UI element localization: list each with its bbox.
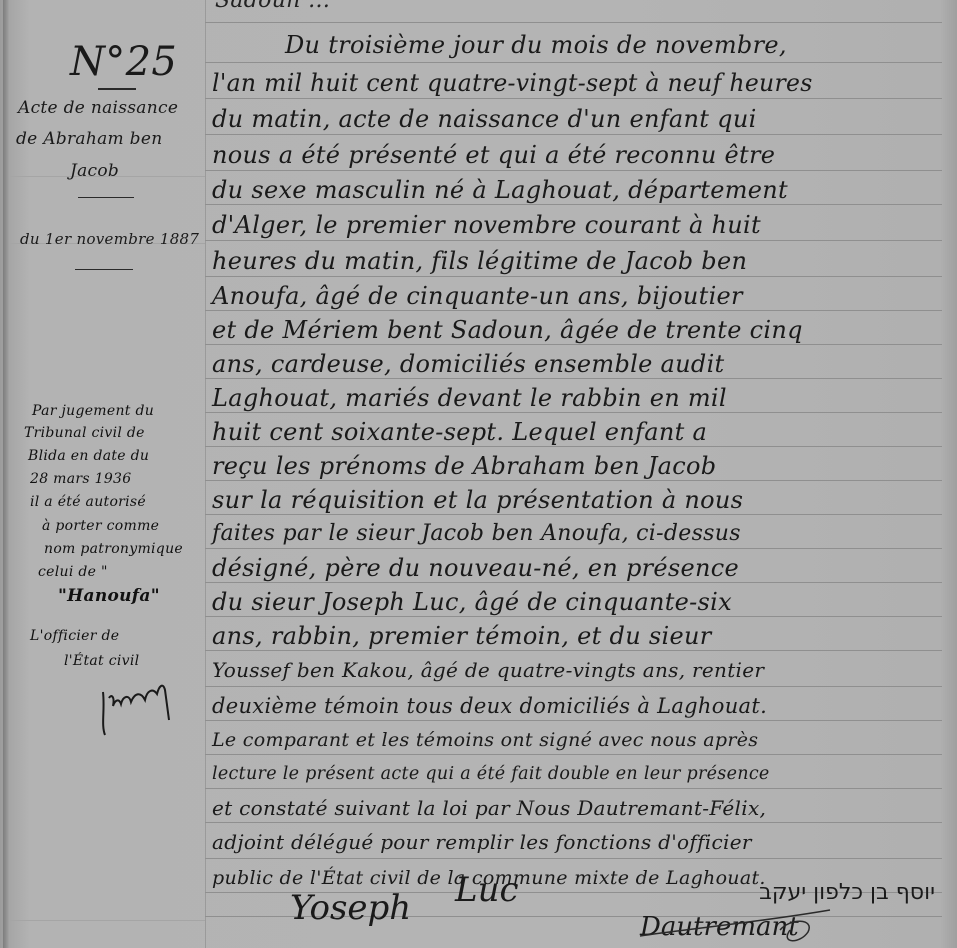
- ruled-line: [205, 858, 942, 859]
- ruled-line: [205, 62, 942, 63]
- annotation-signature-icon: [95, 680, 185, 740]
- body-line-20: deuxième témoin tous deux domiciliés à L…: [212, 691, 767, 721]
- act-title-line-3: Jacob: [70, 160, 119, 182]
- body-line-9: et de Mériem bent Sadoun, âgée de trente…: [212, 315, 803, 345]
- body-line-24: adjoint délégué pour remplir les fonctio…: [212, 827, 752, 857]
- body-line-16: désigné, père du nouveau-né, en présence: [212, 553, 739, 583]
- annotation-line-11: l'État civil: [64, 652, 139, 670]
- date-underline: [75, 269, 133, 270]
- register-page: Sadoun … N°25 Acte de naissance de Abrah…: [0, 0, 957, 948]
- body-line-13: reçu les prénoms de Abraham ben Jacob: [212, 451, 716, 481]
- act-number: N°25: [70, 40, 177, 84]
- binding-edge: [3, 0, 9, 948]
- ruled-line: [205, 686, 942, 687]
- annotation-line-4: 28 mars 1936: [30, 470, 131, 488]
- body-line-1: Du troisième jour du mois de novembre,: [285, 30, 787, 60]
- body-line-21: Le comparant et les témoins ont signé av…: [212, 725, 758, 755]
- annotation-line-6: à porter comme: [42, 517, 159, 535]
- body-line-19: Youssef ben Kakou, âgé de quatre-vingts …: [212, 655, 764, 685]
- body-line-11: Laghouat, mariés devant le rabbin en mil: [212, 383, 727, 413]
- act-title-line-2: de Abraham ben: [16, 128, 162, 150]
- body-line-23: et constaté suivant la loi par Nous Daut…: [212, 793, 766, 823]
- body-line-3: du matin, acte de naissance d'un enfant …: [212, 104, 757, 134]
- signature-luc: Luc: [455, 870, 519, 910]
- signature-yoseph: Yoseph: [290, 888, 411, 928]
- officer-flourish-icon: [640, 900, 840, 948]
- body-line-7: heures du matin, fils légitime de Jacob …: [212, 246, 747, 276]
- ruled-line: [205, 98, 942, 99]
- margin-ruled-line: [10, 920, 205, 921]
- act-title-line-1: Acte de naissance: [18, 97, 178, 119]
- act-number-underline: [98, 88, 136, 90]
- body-line-2: l'an mil huit cent quatre-vingt-sept à n…: [212, 68, 813, 98]
- annotation-line-2: Tribunal civil de: [24, 424, 145, 442]
- body-line-10: ans, cardeuse, domiciliés ensemble audit: [212, 349, 724, 379]
- annotation-line-10: L'officier de: [30, 627, 119, 645]
- body-line-15: faites par le sieur Jacob ben Anoufa, ci…: [212, 519, 741, 549]
- title-underline: [78, 197, 134, 198]
- act-date: du 1er novembre 1887: [20, 228, 199, 250]
- ruled-line: [205, 170, 942, 171]
- annotation-new-surname: "Hanoufa": [58, 587, 160, 605]
- top-fragment: Sadoun …: [215, 0, 330, 16]
- body-line-22: lecture le présent acte qui a été fait d…: [212, 759, 770, 789]
- annotation-line-5: il a été autorisé: [30, 493, 146, 511]
- body-line-18: ans, rabbin, premier témoin, et du sieur: [212, 621, 712, 651]
- body-line-14: sur la réquisition et la présentation à …: [212, 485, 743, 515]
- ruled-line: [205, 276, 942, 277]
- body-line-8: Anoufa, âgé de cinquante-un ans, bijouti…: [212, 281, 743, 311]
- body-line-5: du sexe masculin né à Laghouat, départem…: [212, 175, 788, 205]
- annotation-line-7: nom patronymique: [44, 540, 183, 558]
- ruled-line: [205, 22, 942, 23]
- body-line-6: d'Alger, le premier novembre courant à h…: [212, 210, 761, 240]
- ruled-line: [205, 134, 942, 135]
- body-line-4: nous a été présenté et qui a été reconnu…: [212, 140, 775, 170]
- margin-rule: [205, 0, 206, 948]
- annotation-line-1: Par jugement du: [32, 402, 154, 420]
- body-line-12: huit cent soixante-sept. Lequel enfant a: [212, 417, 707, 447]
- annotation-line-8: celui de ": [38, 563, 108, 581]
- body-line-17: du sieur Joseph Luc, âgé de cinquante-si…: [212, 587, 732, 617]
- annotation-line-3: Blida en date du: [28, 447, 149, 465]
- ruled-line: [205, 240, 942, 241]
